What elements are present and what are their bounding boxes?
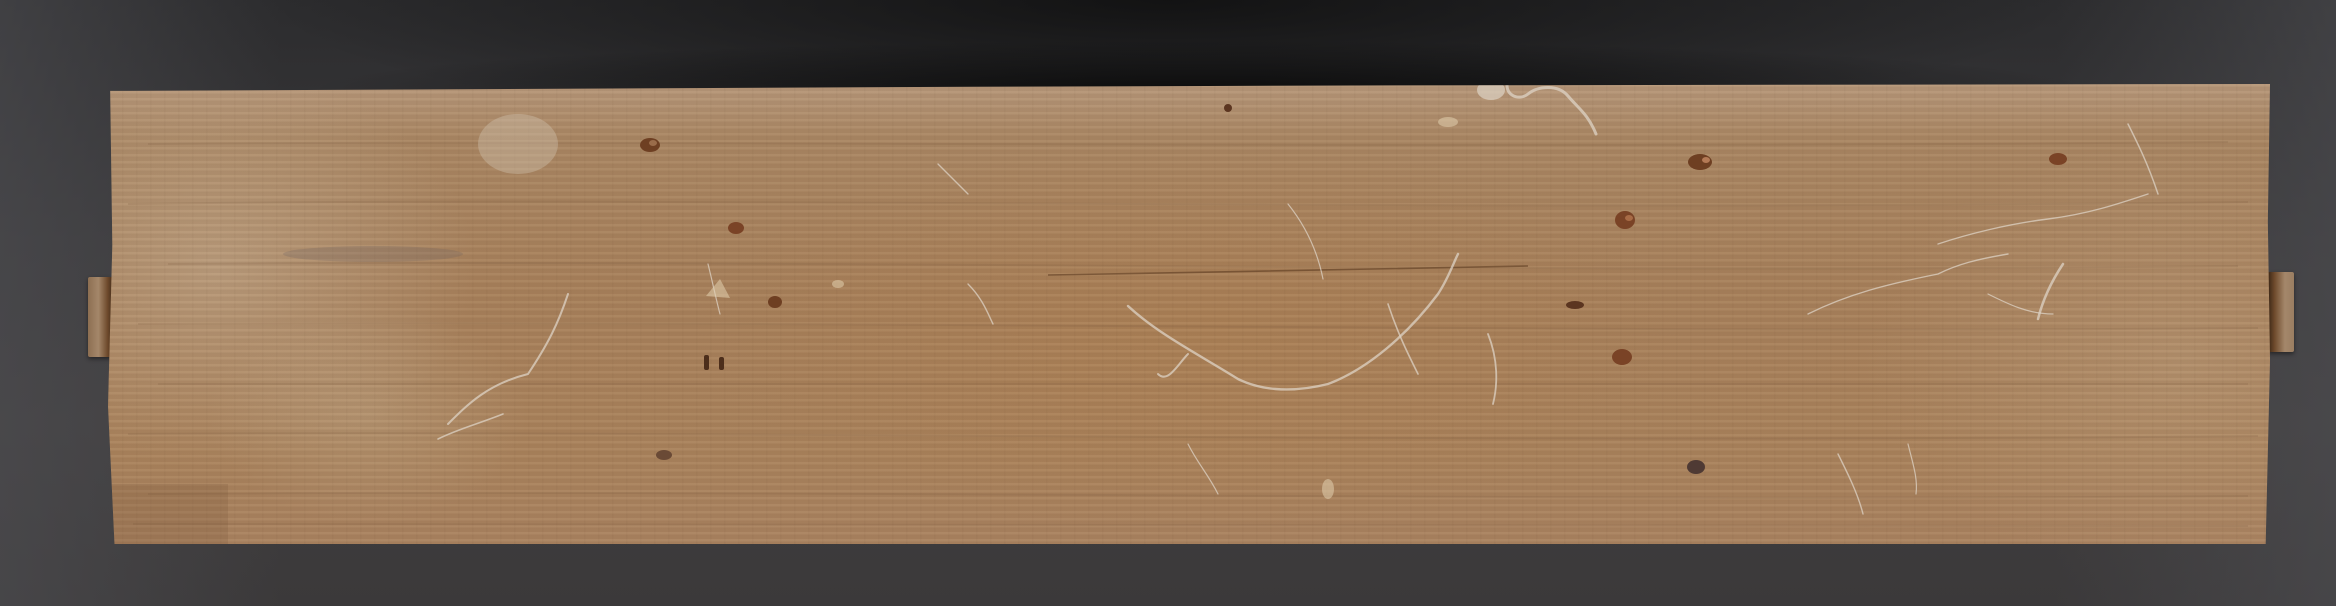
photo-scene bbox=[0, 0, 2336, 606]
nail-icon bbox=[1224, 104, 1232, 112]
nail-icon bbox=[1566, 301, 1584, 309]
nail-icon bbox=[1612, 349, 1632, 365]
wood-scuffs bbox=[706, 117, 1458, 499]
nail-icon bbox=[640, 138, 660, 152]
nail-icon bbox=[2049, 153, 2067, 165]
cobwebs bbox=[438, 84, 2158, 514]
smudge-2 bbox=[478, 114, 558, 174]
nail-icon bbox=[1687, 460, 1705, 474]
nail-holes bbox=[640, 104, 2067, 474]
smudge bbox=[283, 246, 463, 262]
board-details bbox=[108, 84, 2270, 544]
nail-icon bbox=[1688, 154, 1712, 170]
nail-icon bbox=[656, 450, 672, 460]
nail-icon bbox=[768, 296, 782, 308]
nail-icon bbox=[704, 355, 724, 370]
wooden-board bbox=[108, 84, 2270, 544]
edge-texture bbox=[108, 484, 228, 544]
nail-icon bbox=[728, 222, 744, 234]
metal-tab-right bbox=[2268, 272, 2294, 352]
backdrop-shadow bbox=[300, 40, 2100, 90]
wood-grain bbox=[128, 142, 2258, 527]
nail-icon bbox=[1615, 211, 1635, 229]
